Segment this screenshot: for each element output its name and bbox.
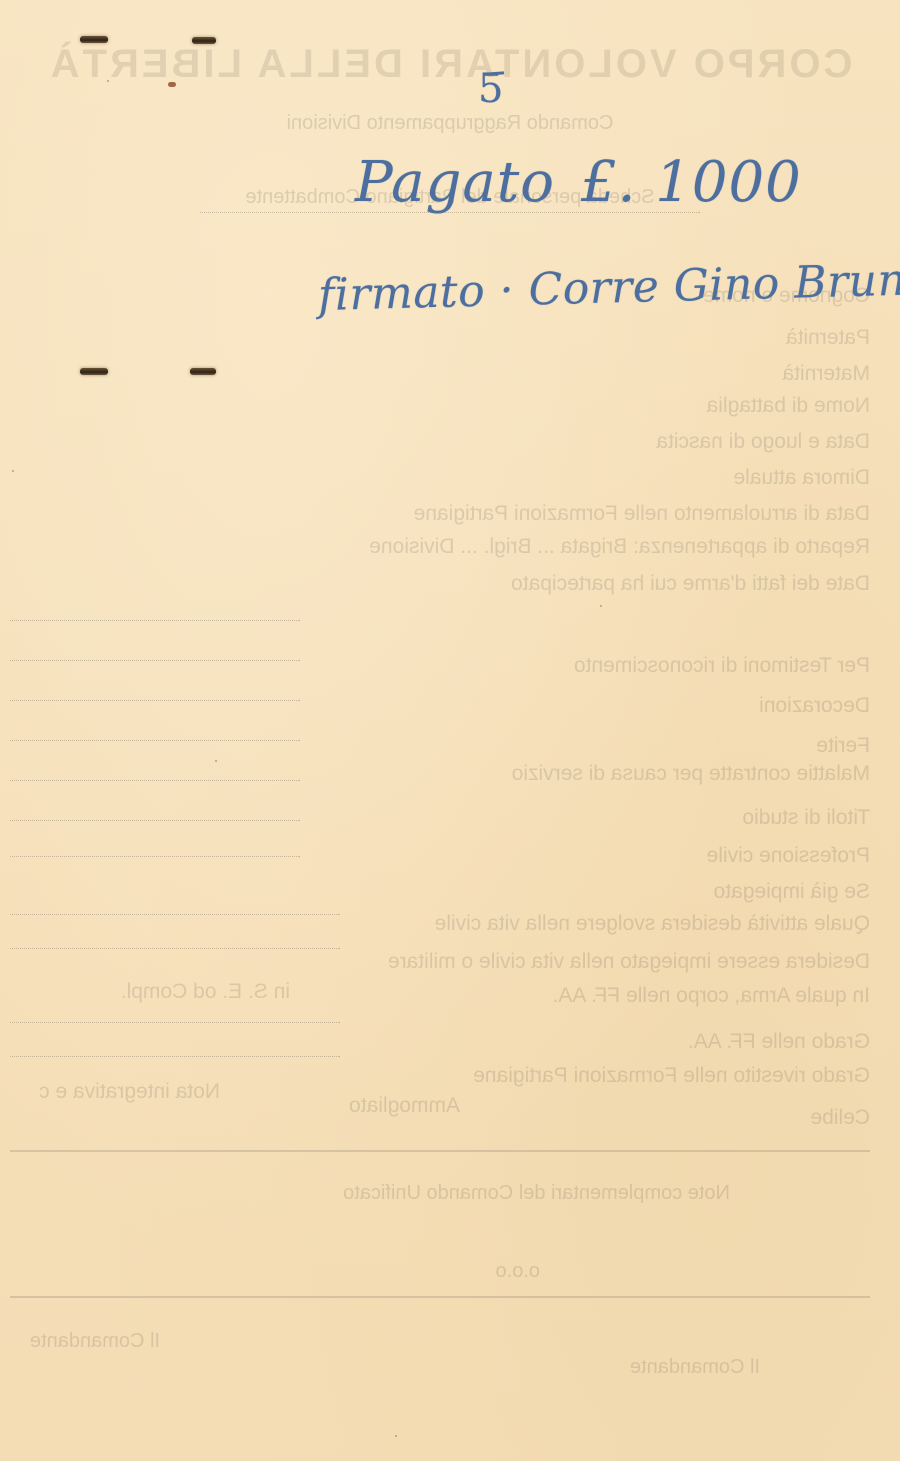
paper-speck	[12, 470, 14, 472]
ghost-field: Paternità	[786, 326, 870, 350]
rust-spot	[168, 82, 176, 87]
ghost-field: Quale attività desidera svolgere nella v…	[435, 912, 870, 936]
ghost-field: Dimora attuale	[733, 466, 870, 490]
reverse-side-bleed-through: CORPO VOLONTARI DELLA LIBERTÀ Comando Ra…	[0, 0, 900, 1461]
paper-speck	[215, 760, 217, 762]
ghost-dotted-line	[10, 948, 340, 950]
paper-speck	[107, 80, 109, 82]
payment-label: Pagato	[355, 150, 555, 215]
ghost-field: Data di arruolamento nelle Formazioni Pa…	[414, 502, 870, 526]
ghost-dotted-line	[10, 700, 300, 702]
payment-note: Pagato£. 1000	[355, 150, 802, 215]
document-page: CORPO VOLONTARI DELLA LIBERTÀ Comando Ra…	[0, 0, 900, 1461]
ghost-field: Date dei fatti d'arme cui ha partecipato	[511, 572, 870, 596]
ghost-field: Se già impiegato	[714, 880, 870, 904]
ghost-field: Ammogliato	[349, 1094, 460, 1118]
ghost-dotted-line	[10, 620, 300, 622]
paper-speck	[395, 1435, 397, 1437]
staple-mark	[80, 36, 108, 43]
ghost-signature-label: Il Comandante	[30, 1330, 160, 1353]
ghost-field: In quale Arma, corpo nelle FF. AA.	[552, 984, 870, 1008]
ghost-field: Titoli di studio	[742, 806, 870, 830]
ghost-header-subtitle: Comando Raggruppamento Divisioni	[60, 112, 840, 135]
ghost-dotted-line	[10, 856, 300, 858]
ghost-margin-note: in S. E. od Compl.	[121, 980, 290, 1004]
ghost-rule	[10, 1150, 870, 1152]
ghost-field: Data e luogo di nascita	[656, 430, 870, 454]
ghost-field: Nome di battaglia	[707, 394, 870, 418]
ghost-field: Decorazioni	[759, 694, 870, 718]
signature-note: firmato · Corre Gino Bruno	[317, 254, 900, 321]
signature-separator-dot: ·	[499, 265, 515, 316]
ghost-field: Per Testimoni di riconoscimento	[574, 654, 870, 678]
staple-mark	[190, 368, 216, 375]
ghost-field: Professione civile	[707, 844, 870, 868]
ghost-field: Ferite	[816, 734, 870, 758]
ghost-dotted-line	[10, 1022, 340, 1024]
staple-mark	[80, 368, 108, 375]
signature-name: Corre Gino Bruno	[528, 254, 900, 316]
ghost-dotted-line	[10, 820, 300, 822]
ghost-dotted-line	[10, 780, 300, 782]
paper-speck	[600, 605, 602, 607]
ghost-dotted-line	[10, 1056, 340, 1058]
signature-prefix: firmato	[317, 266, 485, 321]
ghost-field: Malattie contratte per causa di servizio	[512, 762, 870, 786]
ghost-field: Grado rivestito nelle Formazioni Partigi…	[473, 1064, 870, 1088]
staple-mark	[192, 37, 216, 44]
ghost-field: Desidera essere impiegato nella vita civ…	[388, 950, 870, 974]
ghost-rule	[10, 1296, 870, 1298]
ghost-dotted-line	[10, 914, 340, 916]
ghost-signature-label: Il Comandante	[630, 1356, 760, 1379]
ghost-field: Reparto di appartenenza: Brigata ... Bri…	[369, 535, 870, 559]
ghost-header-title: CORPO VOLONTARI DELLA LIBERTÀ	[40, 42, 860, 87]
ghost-footer-mark: o.o.o	[496, 1260, 540, 1283]
ghost-field: Grado nelle FF. AA.	[688, 1030, 870, 1054]
payment-amount: £. 1000	[581, 150, 802, 215]
ghost-footer-note: Note complementari del Comando Unificato	[343, 1182, 730, 1205]
ghost-margin-note: Nota integrativa e c	[39, 1080, 220, 1104]
ghost-field: Maternità	[782, 362, 870, 386]
ghost-field: Celibe	[810, 1106, 870, 1130]
ghost-dotted-line	[10, 660, 300, 662]
page-number: 5	[478, 66, 503, 112]
ghost-dotted-line	[10, 740, 300, 742]
